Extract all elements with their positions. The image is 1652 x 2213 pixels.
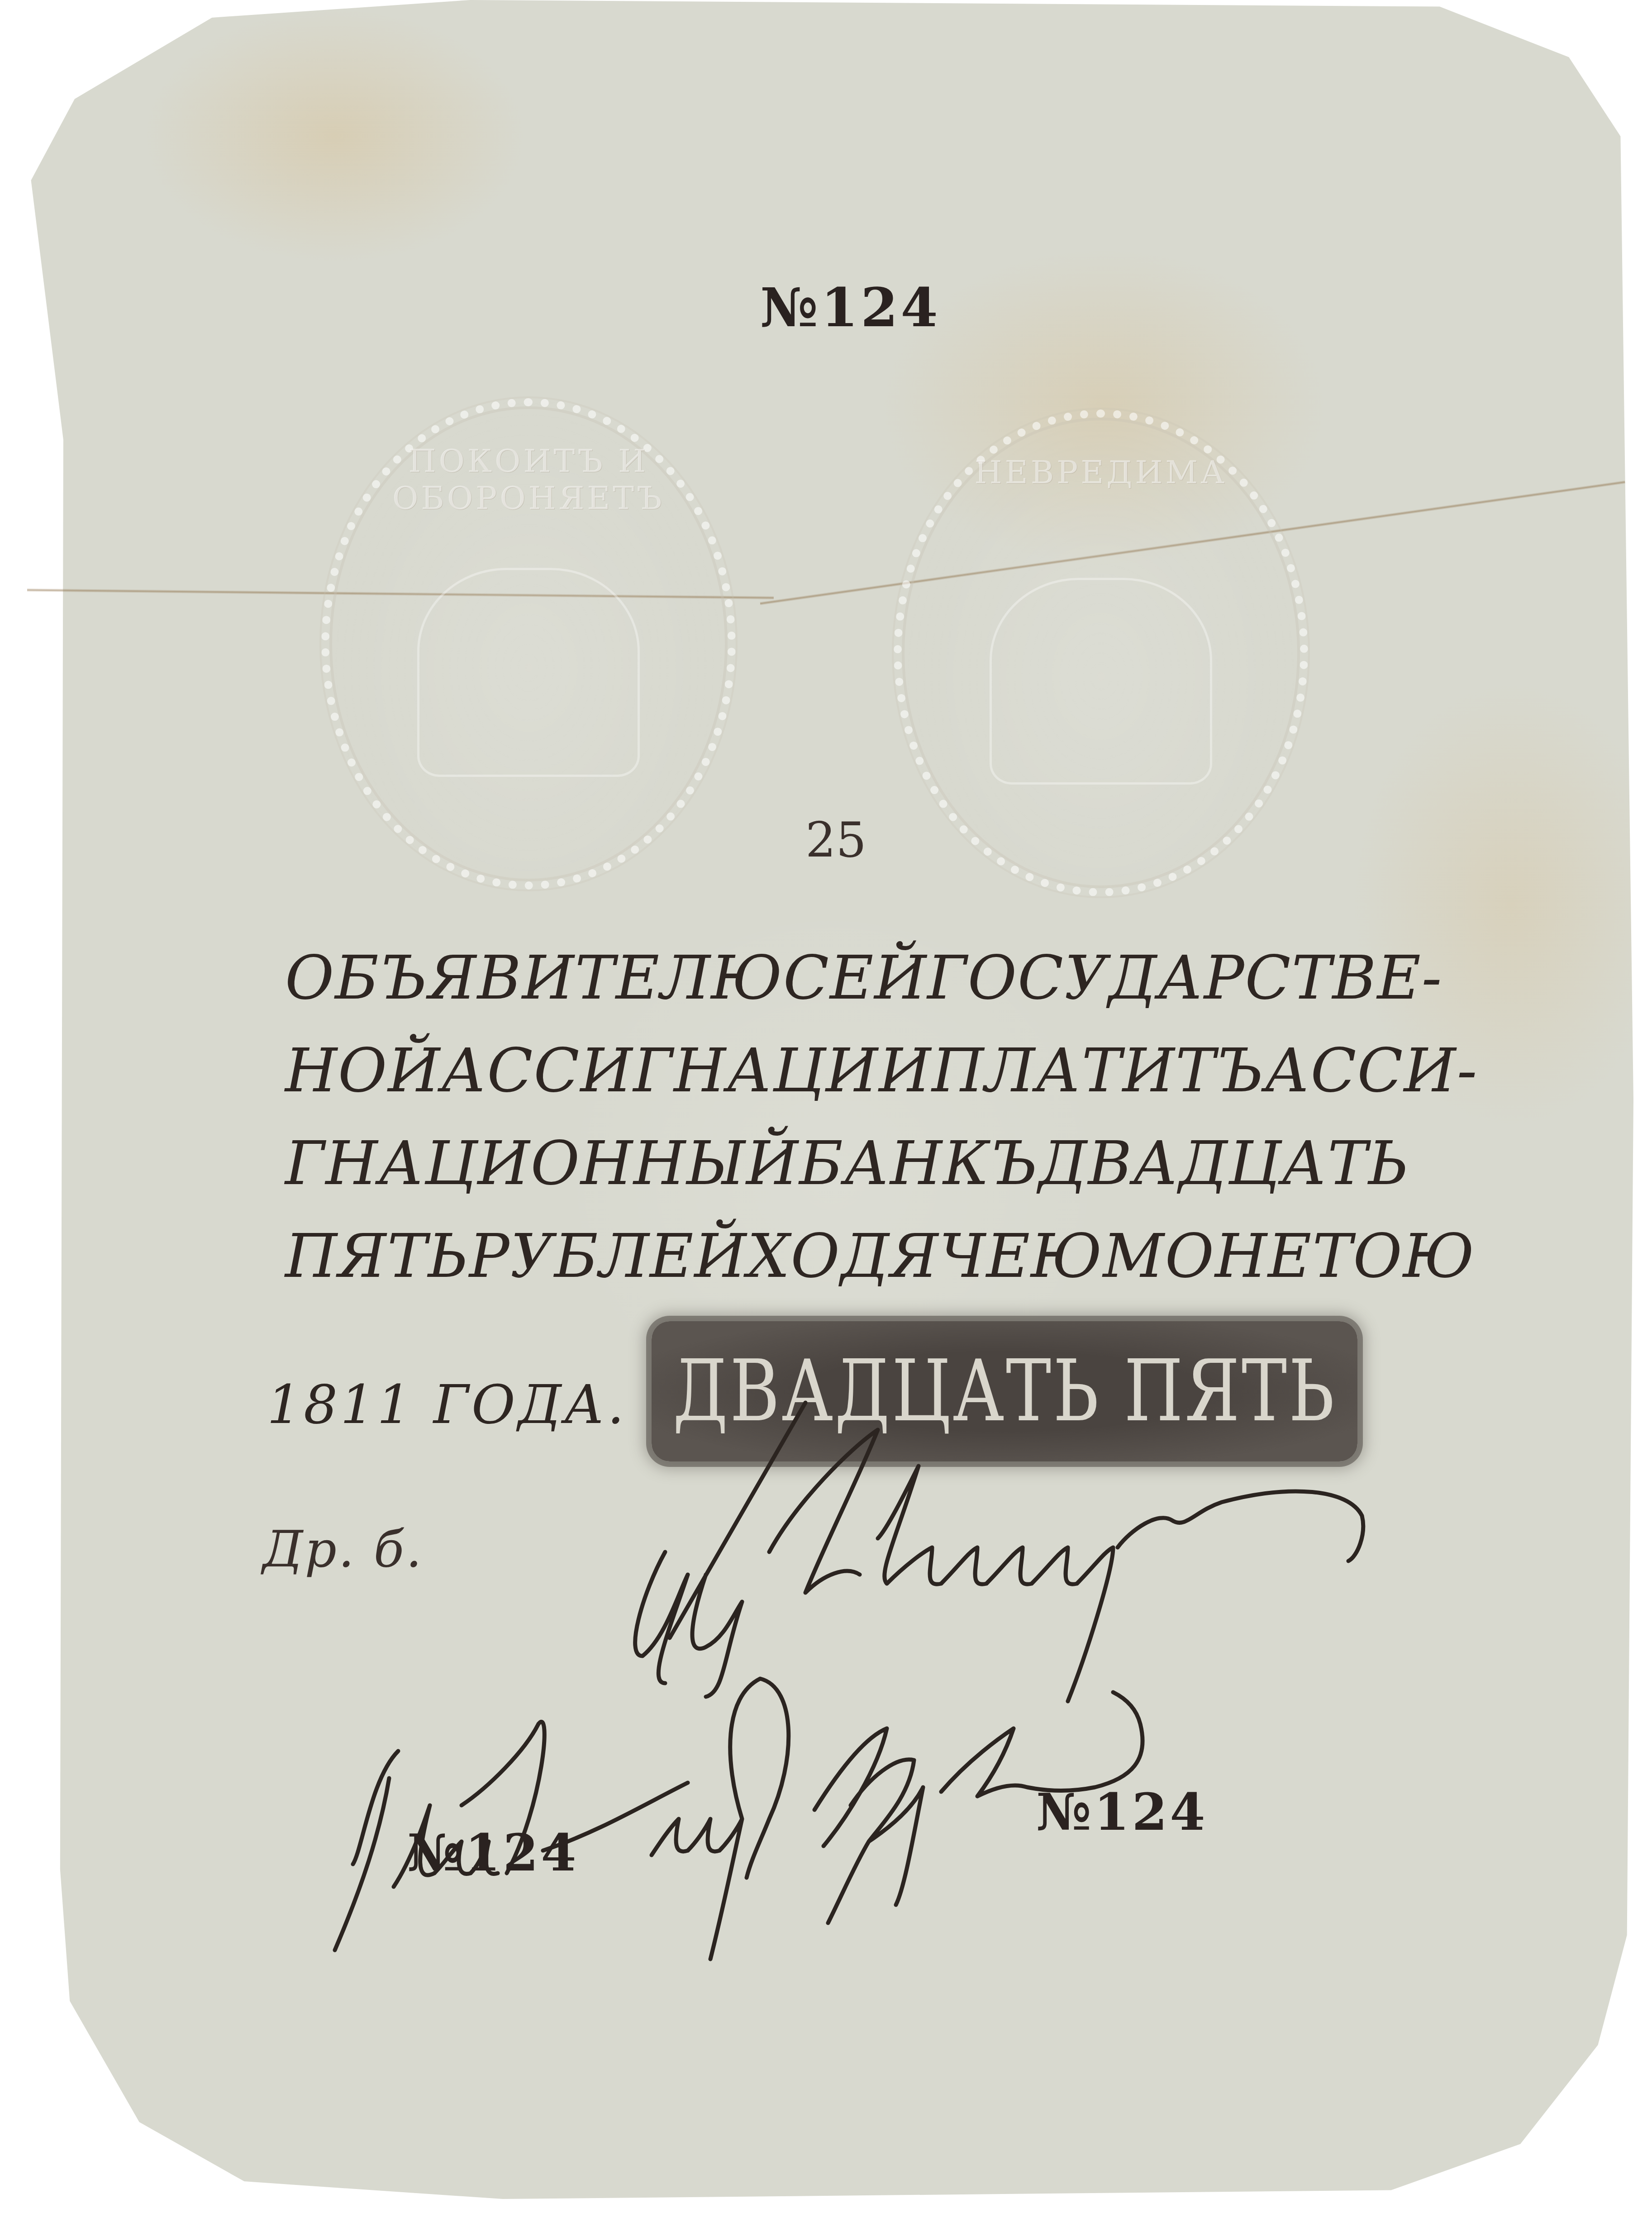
text-word: ДВАДЦАТЬ — [1038, 1118, 1409, 1210]
text-word: БАНКЪ — [799, 1118, 1038, 1210]
text-word: РУБЛЕЙ — [469, 1210, 747, 1303]
text-word: ХОДЯЧЕЮ — [747, 1210, 1103, 1303]
text-word: ГОСУДАРСТВЕ- — [927, 932, 1443, 1025]
serial-number-top: №124 — [760, 276, 941, 339]
signature-director — [452, 1403, 1629, 1697]
serial-number-bottom-right: №124 — [1036, 1783, 1208, 1842]
text-word: АССИ- — [1265, 1025, 1478, 1118]
text-word: ПЯТЬ — [285, 1210, 469, 1303]
text-line-3: ГНАЦИОННЫЙ БАНКЪ ДВАДЦАТЬ — [285, 1118, 1380, 1210]
text-word: ОБЪЯВИТЕЛЮ — [285, 932, 783, 1025]
text-word: ГНАЦИОННЫЙ — [285, 1118, 799, 1210]
seal-left-motto: ПОКОИТЪ И ОБОРОНЯЕТЪ — [329, 443, 728, 517]
text-word: ПЛАТИТЪ — [932, 1025, 1264, 1118]
denomination-numeral: 25 — [805, 812, 866, 868]
seal-left-eagle-emblem — [417, 568, 640, 777]
serial-number-bottom-left: №124 — [407, 1823, 579, 1883]
embossed-seal-left: ПОКОИТЪ И ОБОРОНЯЕТЪ — [321, 398, 736, 890]
text-line-4: ПЯТЬ РУБЛЕЙ ХОДЯЧЕЮ МОНЕТОЮ — [285, 1210, 1380, 1303]
text-line-2: НОЙ АССИГНАЦИИ ПЛАТИТЪ АССИ- — [285, 1025, 1380, 1118]
seal-right-motto: НЕВРЕДИМА — [902, 454, 1300, 491]
text-line-1: ОБЪЯВИТЕЛЮ СЕЙ ГОСУДАРСТВЕ- — [285, 932, 1380, 1025]
embossed-seal-right: НЕВРЕДИМА — [894, 409, 1308, 896]
text-word: МОНЕТОЮ — [1103, 1210, 1476, 1303]
text-word: НОЙ — [285, 1025, 441, 1118]
signature-label: Др. б. — [262, 1520, 424, 1578]
seal-right-figure-emblem — [990, 578, 1213, 785]
promissory-text: ОБЪЯВИТЕЛЮ СЕЙ ГОСУДАРСТВЕ- НОЙ АССИГНАЦ… — [285, 932, 1380, 1303]
text-word: СЕЙ — [783, 932, 927, 1025]
text-word: АССИГНАЦИИ — [441, 1025, 932, 1118]
